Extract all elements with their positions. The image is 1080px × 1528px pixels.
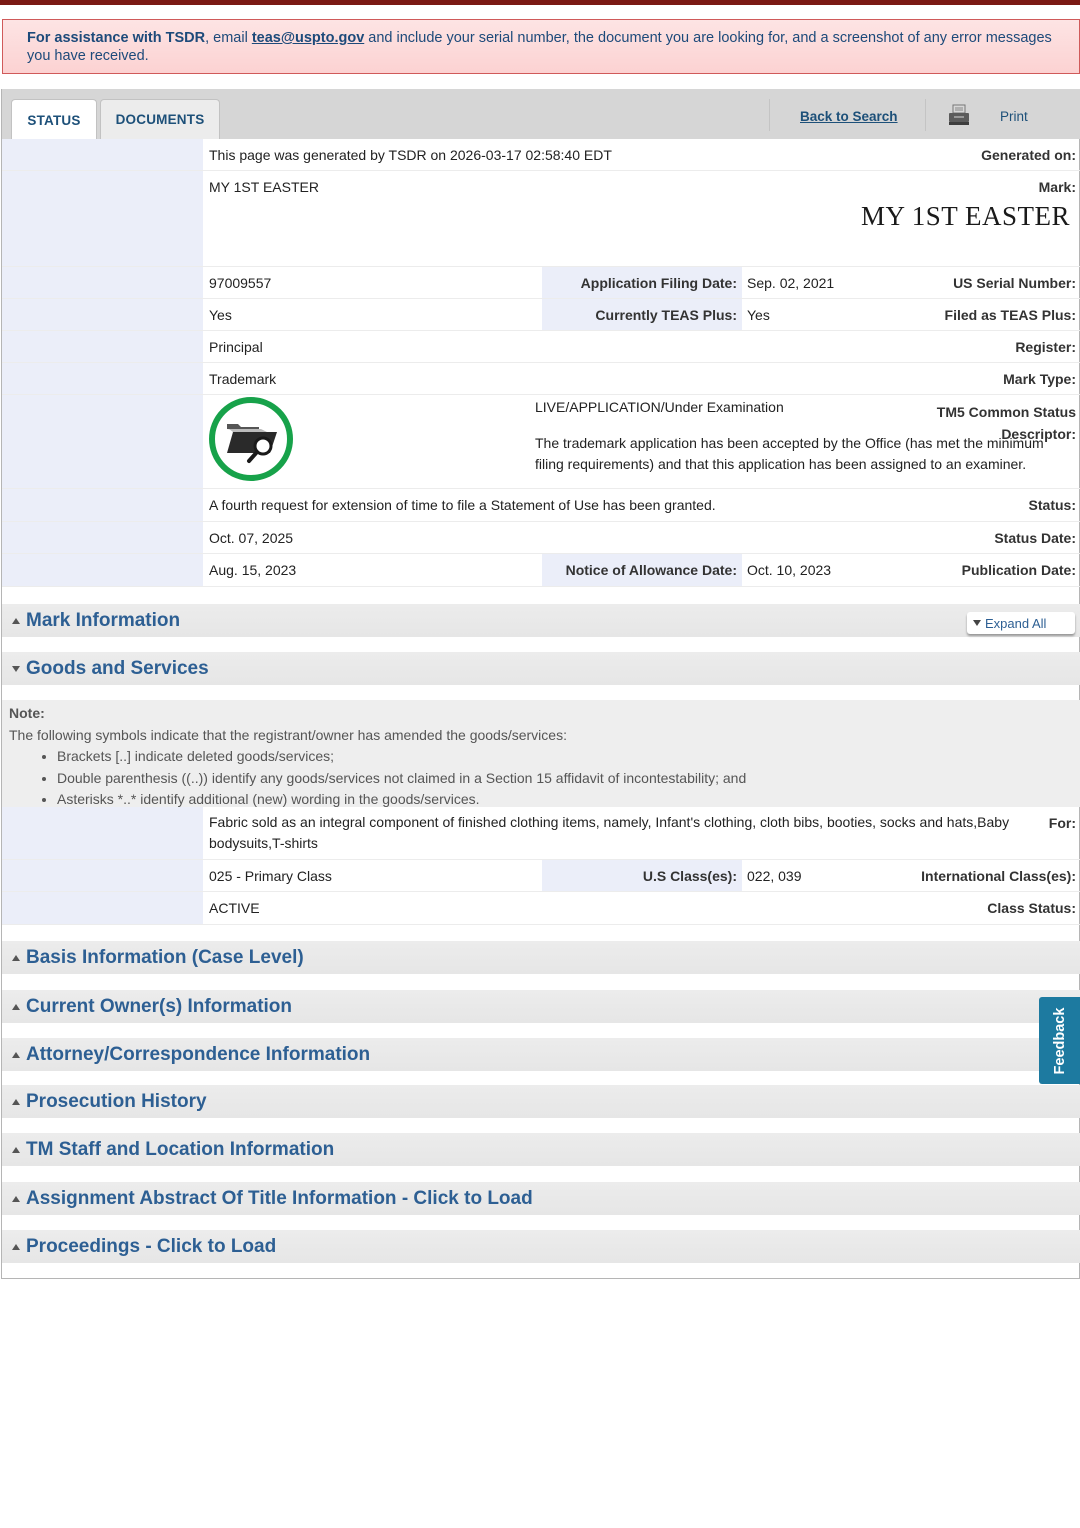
status-panel: STATUS DOCUMENTS Back to Search Print Ge… <box>1 89 1080 1279</box>
for-value: Fabric sold as an integral component of … <box>209 812 1049 854</box>
section-attorney-correspondence[interactable]: Attorney/Correspondence Information <box>2 1038 1080 1071</box>
intl-class-label: International Class(es): <box>880 864 1080 888</box>
alert-lead: For assistance with TSDR <box>27 30 205 46</box>
note-list: Brackets [..] indicate deleted goods/ser… <box>9 746 1073 811</box>
alert-text-1: , email <box>205 30 252 46</box>
label-cell <box>2 395 203 488</box>
section-goods-and-services[interactable]: Goods and Services <box>2 652 1080 685</box>
expand-all-button[interactable]: Expand All <box>967 612 1075 634</box>
intl-class-value: 025 - Primary Class <box>209 866 332 887</box>
us-class-value: 022, 039 <box>747 864 802 888</box>
mark-type-label: Mark Type: <box>880 367 1080 391</box>
section-tm-staff-location[interactable]: TM Staff and Location Information <box>2 1133 1080 1166</box>
top-brand-bar <box>0 0 1080 5</box>
assistance-alert: For assistance with TSDR, email teas@usp… <box>2 19 1080 74</box>
notice-of-allowance-value: Oct. 10, 2023 <box>747 558 831 582</box>
section-proceedings[interactable]: Proceedings - Click to Load <box>2 1230 1080 1263</box>
section-basis-information[interactable]: Basis Information (Case Level) <box>2 941 1080 974</box>
notice-of-allowance-label: Notice of Allowance Date: <box>542 558 737 582</box>
status-date-label: Status Date: <box>880 526 1080 550</box>
note-intro: The following symbols indicate that the … <box>9 725 1073 747</box>
collapse-triangle-icon <box>12 1099 20 1105</box>
row-status-date: Status Date: Oct. 07, 2025 <box>2 522 1080 554</box>
row-mark: Mark: MY 1ST EASTER MY 1ST EASTER <box>2 171 1080 267</box>
teas-plus-label: Filed as TEAS Plus: <box>880 303 1080 327</box>
back-to-search-link[interactable]: Back to Search <box>800 109 898 124</box>
row-intl-class: International Class(es): 025 - Primary C… <box>2 860 1080 892</box>
label-cell <box>2 489 203 521</box>
label-cell <box>2 892 203 924</box>
tab-status[interactable]: STATUS <box>11 99 97 140</box>
label-cell <box>2 331 203 362</box>
section-title: Mark Information <box>26 610 180 632</box>
section-title: TM Staff and Location Information <box>26 1139 334 1161</box>
class-status-value: ACTIVE <box>209 898 260 919</box>
status-date-value: Oct. 07, 2025 <box>209 528 293 549</box>
register-value: Principal <box>209 337 263 358</box>
label-cell <box>2 860 203 891</box>
section-title: Goods and Services <box>26 658 209 680</box>
expand-triangle-icon <box>12 666 20 672</box>
label-cell <box>2 363 203 394</box>
tm5-label-line1: TM5 Common Status <box>880 400 1080 424</box>
register-label: Register: <box>880 335 1080 359</box>
teas-plus-value: Yes <box>209 305 232 326</box>
collapse-triangle-icon <box>12 1147 20 1153</box>
serial-label: US Serial Number: <box>880 271 1080 295</box>
tm5-status: LIVE/APPLICATION/Under Examination <box>535 397 784 418</box>
us-class-label: U.S Class(es): <box>542 864 737 888</box>
row-for: For: Fabric sold as an integral componen… <box>2 807 1080 860</box>
toolbar-divider <box>769 99 770 131</box>
expand-all-label: Expand All <box>985 616 1046 631</box>
collapse-triangle-icon <box>12 1244 20 1250</box>
collapse-triangle-icon <box>12 955 20 961</box>
caret-down-icon <box>973 620 981 626</box>
toolbar-divider <box>925 99 926 131</box>
label-cell <box>2 139 203 170</box>
row-status: Status: A fourth request for extension o… <box>2 489 1080 522</box>
label-cell <box>2 807 203 859</box>
section-title: Attorney/Correspondence Information <box>26 1044 370 1066</box>
label-cell <box>2 522 203 553</box>
print-link[interactable]: Print <box>1000 109 1028 124</box>
section-assignment-abstract[interactable]: Assignment Abstract Of Title Information… <box>2 1182 1080 1215</box>
section-prosecution-history[interactable]: Prosecution History <box>2 1085 1080 1118</box>
currently-teas-plus-value: Yes <box>747 303 770 327</box>
mark-value: MY 1ST EASTER <box>209 177 319 198</box>
goods-note: Note: The following symbols indicate tha… <box>2 700 1080 807</box>
row-serial: US Serial Number: 97009557 Application F… <box>2 267 1080 299</box>
section-mark-information[interactable]: Mark Information Expand All <box>2 604 1080 637</box>
section-title: Proceedings - Click to Load <box>26 1236 276 1258</box>
mark-label: Mark: <box>880 175 1080 199</box>
tab-bar: STATUS DOCUMENTS Back to Search Print <box>2 89 1080 139</box>
section-title: Prosecution History <box>26 1091 207 1113</box>
section-title: Current Owner(s) Information <box>26 996 292 1018</box>
label-cell <box>2 171 203 266</box>
collapse-triangle-icon <box>12 1052 20 1058</box>
row-mark-type: Mark Type: Trademark <box>2 363 1080 395</box>
note-heading: Note: <box>9 703 1073 725</box>
collapse-triangle-icon <box>12 1004 20 1010</box>
feedback-label: Feedback <box>1052 1007 1068 1074</box>
generated-on-value: This page was generated by TSDR on 2026-… <box>209 145 612 166</box>
label-cell <box>2 554 203 586</box>
filing-date-label: Application Filing Date: <box>542 271 737 295</box>
note-item: Brackets [..] indicate deleted goods/ser… <box>57 746 1073 768</box>
status-value: A fourth request for extension of time t… <box>209 495 716 516</box>
row-publication-date: Publication Date: Aug. 15, 2023 Notice o… <box>2 554 1080 587</box>
row-tm5: TM5 Common Status Descriptor: LIVE/APPLI… <box>2 395 1080 489</box>
row-teas-plus: Filed as TEAS Plus: Yes Currently TEAS P… <box>2 299 1080 331</box>
collapse-triangle-icon <box>12 1196 20 1202</box>
generated-on-label: Generated on: <box>880 143 1080 167</box>
row-generated-on: Generated on: This page was generated by… <box>2 139 1080 171</box>
support-email-link[interactable]: teas@uspto.gov <box>252 30 364 46</box>
class-status-label: Class Status: <box>880 896 1080 920</box>
serial-value: 97009557 <box>209 273 271 294</box>
label-cell <box>2 267 203 298</box>
label-cell <box>2 299 203 330</box>
section-title: Assignment Abstract Of Title Information… <box>26 1188 533 1210</box>
collapse-triangle-icon <box>12 618 20 624</box>
mark-type-value: Trademark <box>209 369 276 390</box>
row-register: Register: Principal <box>2 331 1080 363</box>
filing-date-value: Sep. 02, 2021 <box>747 271 834 295</box>
tm5-description: The trademark application has been accep… <box>535 433 1065 475</box>
status-label: Status: <box>880 493 1080 517</box>
section-title: Basis Information (Case Level) <box>26 947 304 969</box>
feedback-tab[interactable]: Feedback <box>1039 997 1080 1084</box>
mark-image: MY 1ST EASTER <box>861 201 1070 232</box>
folder-search-icon <box>207 395 295 483</box>
publication-date-label: Publication Date: <box>880 558 1080 582</box>
note-item: Double parenthesis ((..)) identify any g… <box>57 768 1073 790</box>
currently-teas-plus-label: Currently TEAS Plus: <box>542 303 737 327</box>
row-class-status: Class Status: ACTIVE <box>2 892 1080 925</box>
section-current-owner[interactable]: Current Owner(s) Information <box>2 990 1080 1023</box>
printer-icon[interactable] <box>948 104 970 126</box>
tab-documents[interactable]: DOCUMENTS <box>100 99 220 139</box>
publication-date-value: Aug. 15, 2023 <box>209 560 296 581</box>
